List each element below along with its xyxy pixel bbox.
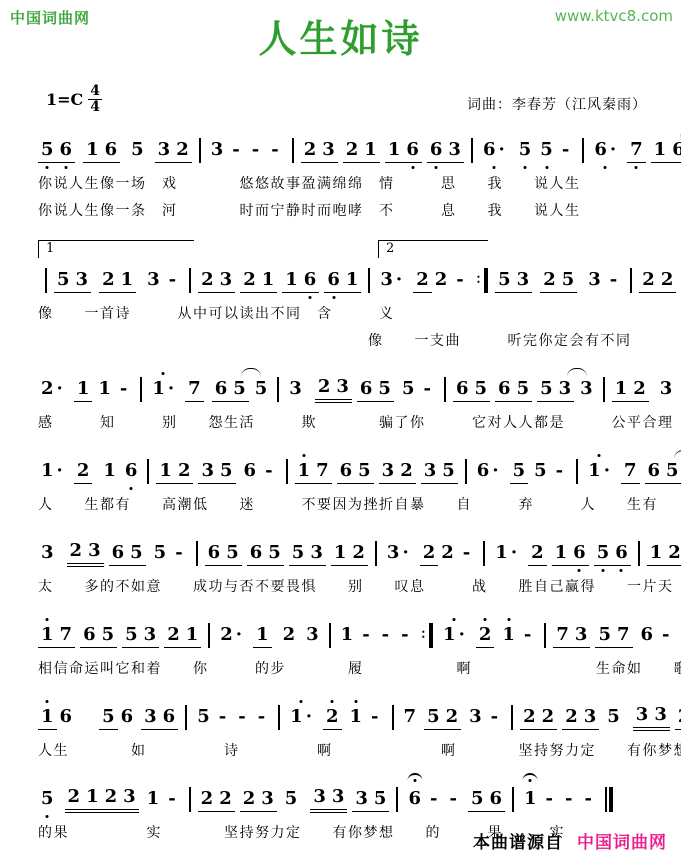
score-line: 2·11-1·7655323655-65655331232-感 知 别 怨生活 …	[38, 367, 667, 432]
note: 6	[57, 138, 76, 163]
note: 3	[572, 623, 591, 648]
note: 3	[310, 785, 329, 813]
note: 3	[556, 377, 575, 402]
note: 6·	[474, 459, 502, 483]
key-signature: 1=C	[46, 90, 83, 109]
note: 1	[552, 541, 571, 566]
note: 6·	[591, 138, 619, 162]
note: 1·	[440, 623, 468, 647]
note: 1·	[38, 459, 66, 483]
notes-row: 53213-232116613·22-∶53253-22235321	[38, 264, 667, 296]
note: 3	[466, 705, 485, 729]
duration-dash: -	[417, 377, 436, 401]
note: 7	[185, 377, 204, 402]
note: 5	[595, 623, 614, 648]
note: 2	[413, 268, 432, 293]
note: 5	[516, 138, 535, 162]
note: 7	[627, 138, 646, 163]
lyrics-row: 你说人生像一场 戏 悠悠故事盈满绵绵 情 思 我 说人生	[38, 175, 667, 193]
note: 1	[38, 623, 57, 648]
note: 2	[476, 623, 495, 648]
time-denominator: 4	[90, 100, 100, 115]
duration-dash: -	[356, 623, 375, 647]
duration-dash: -	[259, 459, 278, 483]
note: 1	[253, 623, 272, 648]
note: 5	[230, 377, 249, 402]
note: 3·	[384, 541, 412, 565]
duration-dash: -	[376, 623, 395, 647]
note: 3·	[377, 268, 405, 292]
note: 2	[65, 785, 84, 813]
note: 5	[99, 623, 118, 648]
note: 1	[183, 623, 202, 648]
note: 7	[313, 459, 332, 484]
composer-credit: 词曲：李春芳（江风秦雨）	[467, 94, 647, 114]
note: 3	[307, 541, 326, 566]
duration-dash: -	[604, 268, 623, 292]
duration-dash: -	[213, 705, 232, 729]
note: 3	[633, 703, 652, 731]
note: 6	[247, 541, 266, 566]
note: 1	[385, 138, 404, 163]
note: 3	[144, 268, 163, 292]
note: 1·	[492, 541, 520, 565]
duration-dash: -	[365, 705, 384, 729]
barline	[630, 266, 632, 294]
score-line: 1·21612356-176532356·55-1·7655人 生都有 高潮低 …	[38, 449, 667, 514]
duration-dash: -	[450, 268, 469, 292]
note: 3	[38, 541, 57, 565]
barline	[277, 375, 279, 403]
note: 2	[658, 268, 677, 293]
note: 2	[173, 138, 192, 163]
note: 2	[540, 268, 559, 293]
lyrics-row: 感 知 别 怨生活 欺 骗了你 它对人人都是 公平合理	[38, 414, 667, 432]
note: 5	[537, 377, 556, 402]
note: 6	[205, 541, 224, 566]
note: 3	[198, 459, 217, 484]
note: 1	[612, 377, 631, 402]
note: 5	[663, 459, 681, 484]
note: 2	[539, 705, 558, 730]
note: 5	[439, 459, 458, 484]
note: 5	[468, 787, 487, 812]
lyrics-row: 相信命运叫它和着 你 的步 履 啊 生命如 歌	[38, 660, 667, 678]
note: 7	[401, 705, 420, 729]
duration-dash: -	[252, 705, 271, 729]
note: 5	[38, 787, 57, 811]
note: 5	[514, 377, 533, 402]
duration-dash: -	[246, 138, 265, 162]
note: 6	[612, 541, 631, 566]
duration-dash: -	[656, 623, 675, 647]
note: 5	[99, 705, 118, 730]
note: 6	[241, 459, 260, 483]
note: 1	[118, 268, 137, 293]
barline	[576, 457, 578, 485]
note: 1	[38, 705, 57, 730]
note: 2	[280, 623, 299, 647]
note: 2	[315, 375, 334, 403]
note: 3	[581, 705, 600, 730]
note: 6	[122, 459, 141, 483]
note: 5	[194, 705, 213, 729]
note: 5	[217, 459, 236, 484]
note: 1	[338, 623, 357, 647]
note: 2	[99, 268, 118, 293]
note: 2	[323, 705, 342, 730]
barline	[196, 539, 198, 567]
note: 5	[472, 377, 491, 402]
note: 2	[240, 787, 259, 812]
barline	[544, 621, 546, 649]
barline	[286, 457, 288, 485]
note: 2	[216, 787, 235, 812]
duration-dash: -	[485, 705, 504, 729]
barline	[603, 375, 605, 403]
note: 2	[630, 377, 649, 402]
time-numerator: 4	[88, 84, 102, 100]
duration-dash: -	[559, 787, 578, 811]
note: 3	[329, 785, 348, 813]
note: 2	[562, 705, 581, 730]
note: 6	[80, 623, 99, 648]
note: 2	[198, 787, 217, 812]
notes-row: 1·21612356-176532356·55-1·7655	[38, 455, 667, 487]
duration-dash: -	[550, 459, 569, 483]
note: 1	[282, 268, 301, 293]
notes-row: 1656365---1·21-7523-222353321	[38, 701, 667, 733]
note: 5	[559, 268, 578, 293]
score-line: 323655-656553123·22-1·2165612356-太 多的不如意…	[38, 531, 667, 596]
barline	[368, 266, 370, 294]
note: 6	[403, 138, 422, 163]
source-footer: 本曲谱源自中国词曲网	[473, 828, 667, 853]
barline	[199, 136, 201, 164]
note: 1	[343, 268, 362, 293]
note: 6	[57, 705, 76, 729]
lyrics-row: 你说人生像一条 河 时而宁静时而咆哮 不 息 我 说人生	[38, 202, 667, 220]
note: 2	[438, 541, 457, 565]
note: 2	[175, 459, 194, 484]
duration-dash: -	[579, 787, 598, 811]
barline	[208, 621, 210, 649]
note: 3	[286, 377, 305, 401]
note: 3	[319, 138, 338, 163]
note: 6	[324, 268, 343, 293]
barline	[444, 375, 446, 403]
note: 5	[128, 138, 147, 162]
barline	[465, 457, 467, 485]
note: 3	[651, 703, 670, 731]
note: 3	[208, 138, 227, 162]
note: 5	[223, 541, 242, 566]
lyrics-row: 人生 如 诗 啊 啊 坚持努力定 有你梦想	[38, 742, 667, 760]
note: 3	[120, 785, 139, 813]
score-line: 176553212·1231---∶1·21-73576-相信命运叫它和着 你 …	[38, 613, 667, 678]
note: 2	[528, 541, 547, 566]
note: 1	[83, 785, 102, 813]
note: 1	[521, 787, 540, 811]
volta-bracket: 2	[378, 240, 488, 258]
duration-dash: -	[424, 787, 443, 811]
note: 5	[424, 705, 443, 730]
note: 5	[537, 138, 556, 162]
note: 6	[495, 377, 514, 402]
duration-dash: -	[457, 541, 476, 565]
note: 2	[198, 268, 217, 293]
note: 1·	[585, 459, 613, 483]
note: 3	[333, 375, 352, 403]
barline	[45, 266, 47, 294]
note: 6·	[480, 138, 508, 162]
note: 5	[151, 541, 170, 565]
note: 5	[399, 377, 418, 401]
duration-dash: -	[226, 138, 245, 162]
note: 3	[514, 268, 533, 293]
barline	[396, 785, 398, 813]
barline	[140, 375, 142, 403]
note: 3	[141, 623, 160, 648]
note: 3	[352, 787, 371, 812]
page-title: 人生如诗	[0, 8, 681, 63]
volta-bracket: 1	[38, 240, 194, 258]
note: 3	[258, 787, 277, 812]
note: 1	[95, 377, 114, 401]
final-barline	[605, 785, 613, 813]
note: 7	[553, 623, 572, 648]
note: 6	[486, 787, 505, 812]
note: 1	[74, 377, 93, 402]
note: 1	[156, 459, 175, 484]
time-signature: 4 4	[88, 84, 102, 114]
note: 2	[349, 541, 368, 566]
note: 3	[85, 539, 104, 567]
note: 2	[520, 705, 539, 730]
note: 3	[421, 459, 440, 484]
note: 5	[282, 787, 301, 811]
source-prefix: 本曲谱源自	[473, 833, 563, 853]
source-site[interactable]: 中国词曲网	[577, 833, 667, 853]
note: 3	[155, 138, 174, 163]
note: 6	[405, 787, 424, 811]
barline	[511, 703, 513, 731]
barline	[147, 457, 149, 485]
note: 3	[73, 268, 92, 293]
duration-dash: -	[443, 787, 462, 811]
note: 3	[585, 268, 604, 292]
lyrics-row: 人 生都有 高潮低 迷 不要因为挫折自暴 自 弃 人 生有	[38, 496, 667, 514]
key-time-signature: 1=C 4 4	[46, 84, 102, 114]
note: 6	[109, 541, 128, 566]
barline	[471, 136, 473, 164]
barline	[329, 621, 331, 649]
note: 7	[614, 623, 633, 648]
note: 2	[639, 268, 658, 293]
duration-dash: -	[265, 138, 284, 162]
barline	[483, 539, 485, 567]
note: 2	[74, 459, 93, 484]
barline	[392, 703, 394, 731]
duration-dash: -	[556, 138, 575, 162]
note: 6	[118, 705, 137, 729]
lyrics-row: 像 一首诗 从中可以读出不同 含 义	[38, 305, 667, 323]
note: 7	[57, 623, 76, 648]
note: 2	[240, 268, 259, 293]
notes-row: 56165323---232116636·55-6·7166	[38, 134, 667, 166]
note: 1	[647, 541, 666, 566]
note: 5	[265, 541, 284, 566]
note: 5	[594, 541, 613, 566]
note: 3	[657, 377, 676, 401]
note: 6	[453, 377, 472, 402]
duration-dash: -	[169, 541, 188, 565]
score-sheet: 56165323---232116636·55-6·7166你说人生像一场 戏 …	[38, 128, 667, 859]
note: 6	[427, 138, 446, 163]
barline	[278, 703, 280, 731]
note: 1·	[287, 705, 315, 729]
note: 5	[531, 459, 550, 483]
barline	[512, 785, 514, 813]
note: 3	[445, 138, 464, 163]
duration-dash: -	[114, 377, 133, 401]
note: 2·	[38, 377, 66, 401]
notes-row: 176553212·1231---∶1·21-73576-	[38, 619, 667, 651]
note: 6	[638, 623, 657, 647]
note: 2	[420, 541, 439, 566]
barline	[582, 136, 584, 164]
duration-dash: -	[162, 787, 181, 811]
note: 5	[375, 377, 394, 402]
note: 5	[495, 268, 514, 293]
note: 3	[141, 705, 160, 730]
note: 2	[102, 785, 121, 813]
barline	[185, 703, 187, 731]
note: 3	[303, 623, 322, 647]
duration-dash: -	[395, 623, 414, 647]
repeat-barline: ∶	[477, 266, 488, 294]
note: 5	[371, 787, 390, 812]
barline	[375, 539, 377, 567]
score-line: 1253213-232116613·22-∶53253-22235321像 一首…	[38, 237, 667, 350]
note: 5	[38, 138, 57, 163]
barline	[638, 539, 640, 567]
barline	[189, 785, 191, 813]
note: 6	[570, 541, 589, 566]
note: 5	[510, 459, 529, 484]
note: 6	[212, 377, 231, 402]
note: 6	[337, 459, 356, 484]
note: 1	[361, 138, 380, 163]
note: 3	[217, 268, 236, 293]
lyrics-row: 像 一支曲 听完你定会有不同	[38, 332, 667, 350]
note: 5	[355, 459, 374, 484]
note: 5	[289, 541, 308, 566]
score-line: 56165323---232116636·55-6·7166你说人生像一场 戏 …	[38, 128, 667, 220]
note: 2	[67, 539, 86, 567]
note: 1	[295, 459, 314, 484]
note: 6	[160, 705, 179, 730]
note: 3	[379, 459, 398, 484]
barline	[292, 136, 294, 164]
note: 6	[669, 138, 681, 163]
notes-row: 521231-2223533356--561---	[38, 783, 667, 815]
note: 2	[432, 268, 451, 292]
note: 1	[331, 541, 350, 566]
duration-dash: -	[518, 623, 537, 647]
duration-dash: -	[163, 268, 182, 292]
repeat-barline: ∶	[422, 621, 433, 649]
note: 6	[645, 459, 664, 484]
score-line: 1656365---1·21-7523-222353321人生 如 诗 啊 啊 …	[38, 695, 667, 760]
duration-dash: -	[232, 705, 251, 729]
note: 1	[347, 705, 366, 729]
note: 5	[604, 705, 623, 729]
note: 1	[259, 268, 278, 293]
note: 5	[54, 268, 73, 293]
note: 1	[83, 138, 102, 163]
note: 2	[665, 541, 681, 566]
note: 6	[357, 377, 376, 402]
note: 5	[127, 541, 146, 566]
duration-dash: -	[540, 787, 559, 811]
note: 2	[301, 138, 320, 163]
note: 1	[144, 787, 163, 811]
note: 1	[100, 459, 119, 483]
note: 2	[443, 705, 462, 730]
note: 2	[164, 623, 183, 648]
note: 5	[122, 623, 141, 648]
note: 2	[397, 459, 416, 484]
note: 1·	[149, 377, 177, 401]
lyrics-row: 太 多的不如意 成功与否不要畏惧 别 叹息 战 胜自己赢得 一片天 地	[38, 578, 667, 596]
note: 6	[301, 268, 320, 293]
note: 1	[499, 623, 518, 647]
note: 5	[252, 377, 271, 401]
notes-row: 2·11-1·7655323655-65655331232-	[38, 373, 667, 405]
note: 3	[577, 377, 596, 401]
note: 2·	[217, 623, 245, 647]
note: 2	[675, 705, 681, 730]
note: 2	[343, 138, 362, 163]
barline	[189, 266, 191, 294]
note: 6	[102, 138, 121, 163]
notes-row: 323655-656553123·22-1·2165612356-	[38, 537, 667, 569]
note: 7	[621, 459, 640, 484]
note: 1	[651, 138, 670, 163]
